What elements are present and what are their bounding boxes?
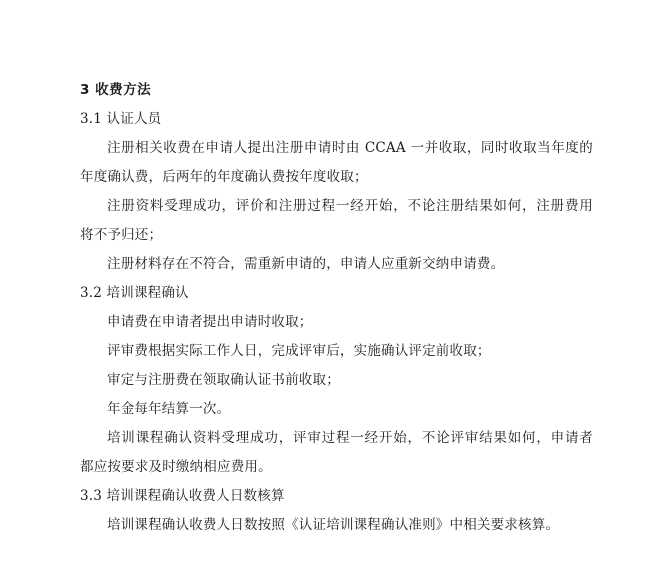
paragraph-line: 培训课程确认资料受理成功，评审过程一经开始，不论评审结果如何，申请者 [80,424,593,453]
paragraph-line: 培训课程确认收费人日数按照《认证培训课程确认准则》中相关要求核算。 [80,511,566,540]
paragraph-line: 年度确认费，后两年的年度确认费按年度收取； [80,163,566,192]
document-page: 3 收费方法 3.1 认证人员 注册相关收费在申请人提出注册申请时由 CCAA … [80,76,566,540]
paragraph-line: 审定与注册费在领取确认证书前收取； [80,366,566,395]
paragraph-line: 评审费根据实际工作人日，完成评审后，实施确认评定前收取； [80,337,566,366]
paragraph-line: 注册材料存在不符合，需重新申请的，申请人应重新交纳申请费。 [80,250,566,279]
paragraph-line: 注册相关收费在申请人提出注册申请时由 CCAA 一并收取，同时收取当年度的 [80,134,593,163]
paragraph-line: 将不予归还； [80,221,566,250]
section-heading-fees: 3 收费方法 [80,76,566,105]
subsection-heading-certified-personnel: 3.1 认证人员 [80,105,566,134]
subsection-heading-course-confirmation: 3.2 培训课程确认 [80,279,566,308]
paragraph-line: 注册资料受理成功，评价和注册过程一经开始，不论注册结果如何，注册费用 [80,192,593,221]
subsection-heading-person-day-accounting: 3.3 培训课程确认收费人日数核算 [80,482,566,511]
paragraph-line: 年金每年结算一次。 [80,395,566,424]
paragraph-line: 都应按要求及时缴纳相应费用。 [80,453,566,482]
paragraph-line: 申请费在申请者提出申请时收取； [80,308,566,337]
